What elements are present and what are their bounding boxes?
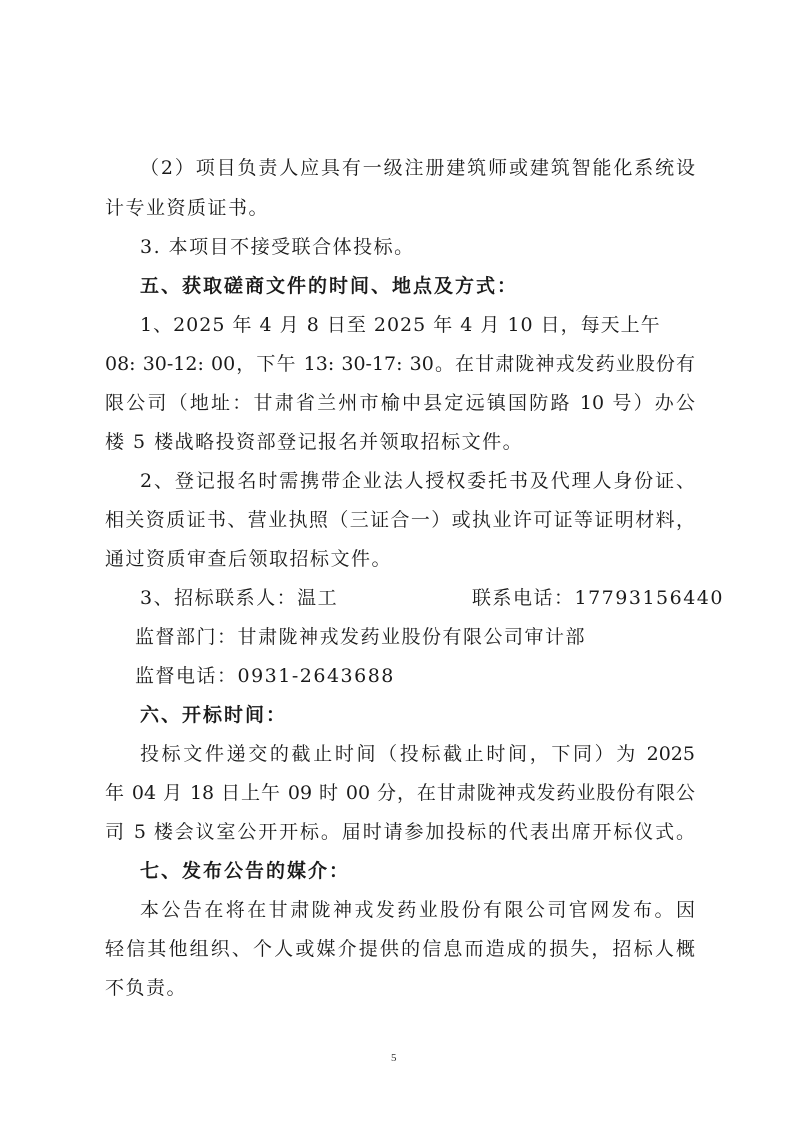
contact-phone: 联系电话：17793156440 bbox=[472, 586, 724, 610]
paragraph-line-hours-company: 08: 30-12: 00，下午 13: 30-17: 30。在甘肃陇神戎发药业… bbox=[105, 352, 695, 376]
paragraph-line-disclaimer: 轻信其他组织、个人或媒介提供的信息而造成的损失，招标人概 bbox=[105, 937, 695, 961]
paragraph-line-registration-location: 楼 5 楼战略投资部登记报名并领取招标文件。 bbox=[105, 430, 523, 454]
section-heading-bid-opening: 六、开标时间： bbox=[140, 703, 287, 727]
supervision-phone: 监督电话：0931-2643688 bbox=[135, 664, 395, 688]
paragraph-line-disclaimer-end: 不负责。 bbox=[105, 976, 187, 1000]
paragraph-line-date-range: 1、2025 年 4 月 8 日至 2025 年 4 月 10 日，每天上午 bbox=[140, 313, 661, 337]
paragraph-line-deadline: 投标文件递交的截止时间（投标截止时间，下同）为 2025 bbox=[140, 742, 695, 766]
paragraph-line-qualification-certificate: 计专业资质证书。 bbox=[105, 196, 269, 220]
paragraph-line-no-consortium: 3. 本项目不接受联合体投标。 bbox=[140, 235, 415, 259]
paragraph-line-project-lead-requirement: （2）项目负责人应具有一级注册建筑师或建筑智能化系统设 bbox=[140, 156, 695, 180]
paragraph-line-opening-location: 司 5 楼会议室公开开标。届时请参加投标的代表出席开标仪式。 bbox=[105, 820, 695, 844]
paragraph-line-certificates-license: 相关资质证书、营业执照（三证合一）或执业许可证等证明材料， bbox=[105, 508, 695, 532]
page-number: 5 bbox=[391, 1052, 397, 1064]
section-heading-publication-media: 七、发布公告的媒介： bbox=[140, 859, 350, 883]
paragraph-line-publication: 本公告在将在甘肃陇神戎发药业股份有限公司官网发布。因 bbox=[140, 898, 695, 922]
paragraph-line-registration-materials: 2、登记报名时需携带企业法人授权委托书及代理人身份证、 bbox=[140, 469, 695, 493]
paragraph-line-qualification-review: 通过资质审查后领取招标文件。 bbox=[105, 547, 392, 571]
paragraph-line-opening-time: 年 04 月 18 日上午 09 时 00 分，在甘肃陇神戎发药业股份有限公 bbox=[105, 781, 695, 805]
document-page: （2）项目负责人应具有一级注册建筑师或建筑智能化系统设 计专业资质证书。 3. … bbox=[0, 0, 793, 1122]
paragraph-line-address: 限公司（地址：甘肃省兰州市榆中县定远镇国防路 10 号）办公 bbox=[105, 391, 695, 415]
supervision-department: 监督部门：甘肃陇神戎发药业股份有限公司审计部 bbox=[135, 625, 586, 649]
contact-person: 3、招标联系人：温工 bbox=[140, 586, 338, 610]
section-heading-obtain-documents: 五、获取磋商文件的时间、地点及方式： bbox=[140, 274, 518, 298]
